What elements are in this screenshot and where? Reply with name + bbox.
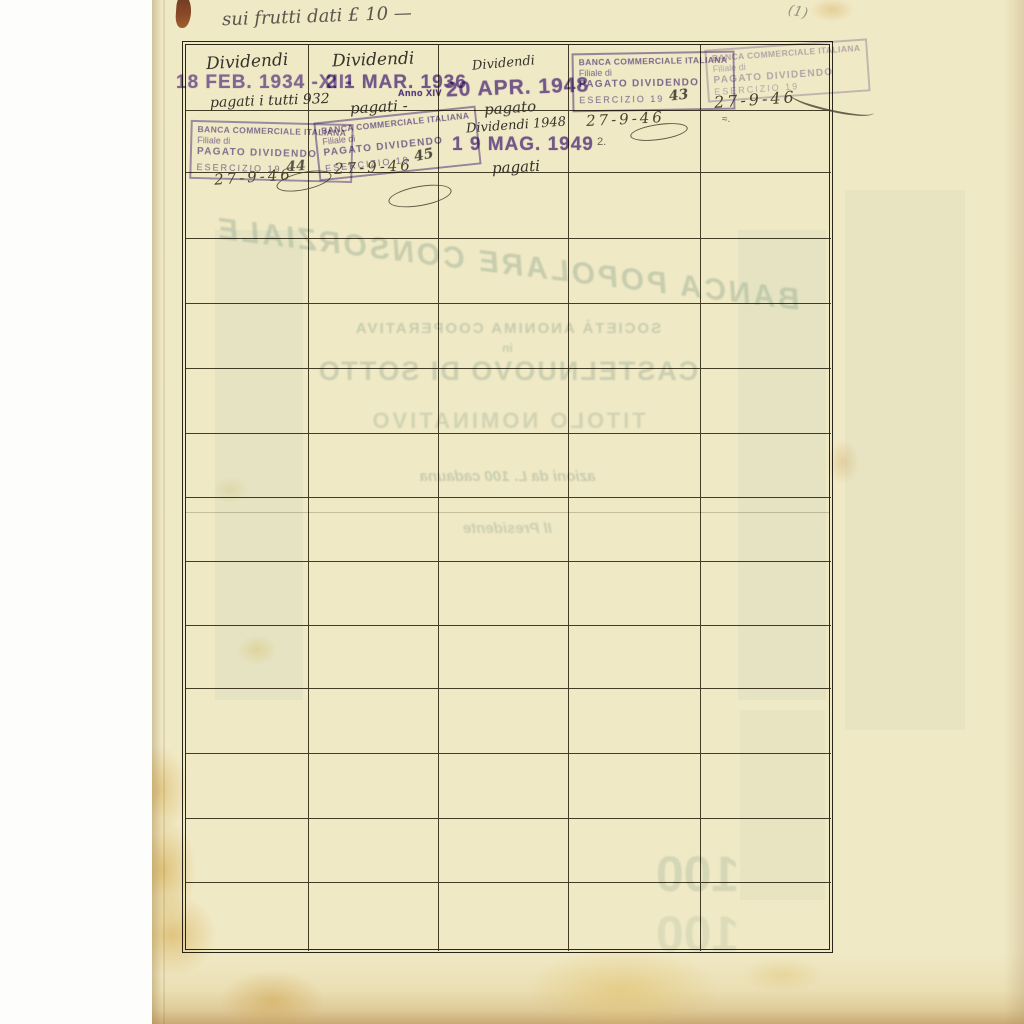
grid-cell <box>309 369 439 434</box>
grid-cell <box>309 689 439 754</box>
grid-cell <box>701 369 831 434</box>
grid-cell <box>186 754 309 819</box>
grid-cell <box>569 173 701 239</box>
grid-cell <box>186 369 309 434</box>
paper-right-edge-shadow <box>1004 0 1024 1024</box>
grid-cell <box>701 562 831 626</box>
grid-cell <box>569 562 701 626</box>
grid-cell <box>309 562 439 626</box>
grid-cell <box>701 173 831 239</box>
grid-cell <box>701 304 831 369</box>
col1-dividendi-label: Dividendi <box>206 50 289 74</box>
grid-cell <box>701 498 831 562</box>
grid-cell <box>701 239 831 304</box>
grid-cell <box>439 562 569 626</box>
grid-cell <box>569 689 701 754</box>
grid-cell <box>309 239 439 304</box>
grid-cell <box>701 819 831 883</box>
grid-cell <box>569 626 701 689</box>
horizontal-crease <box>185 512 830 513</box>
grid-cell <box>569 819 701 883</box>
grid-cell <box>186 626 309 689</box>
grid-cell <box>569 369 701 434</box>
grid-cell <box>569 304 701 369</box>
col3-date-stamp-1949: 1 9 MAG. 1949 <box>452 134 594 156</box>
grid-cell <box>186 562 309 626</box>
grid-cell <box>701 689 831 754</box>
grid-cell <box>701 754 831 819</box>
bank-stamp-year-line: ESERCIZIO 19 43 <box>579 89 728 109</box>
grid-cell <box>439 304 569 369</box>
col4-row2-mark: 2. <box>597 136 606 148</box>
col3-pagato-note: pagato <box>483 97 536 119</box>
handwritten-year: 45 <box>412 146 435 167</box>
grid-cell <box>701 111 831 173</box>
grid-cell <box>439 689 569 754</box>
grid-cell <box>309 434 439 498</box>
grid-cell <box>701 626 831 689</box>
grid-cell <box>309 498 439 562</box>
grid-cell <box>569 754 701 819</box>
grid-cell <box>309 754 439 819</box>
col3-pagati-note-2: pagati <box>492 157 541 177</box>
grid-cell <box>309 304 439 369</box>
grid-cell <box>309 883 439 951</box>
grid-cell <box>439 883 569 951</box>
grid-cell <box>569 498 701 562</box>
grid-cell <box>439 239 569 304</box>
handwritten-year: 43 <box>668 87 689 107</box>
grid-cell <box>701 883 831 951</box>
grid-cell <box>186 498 309 562</box>
grid-cell <box>186 819 309 883</box>
grid-cell <box>439 369 569 434</box>
grid-cell <box>186 689 309 754</box>
grid-cell <box>309 819 439 883</box>
paper-crease <box>163 0 165 1024</box>
grid-cell <box>186 883 309 951</box>
grid-cell <box>186 239 309 304</box>
grid-cell <box>439 498 569 562</box>
grid-cell <box>439 819 569 883</box>
grid-cell <box>569 434 701 498</box>
grid-cell <box>439 754 569 819</box>
grid-cell <box>701 434 831 498</box>
grid-cell <box>439 626 569 689</box>
grid-cell <box>439 173 569 239</box>
guilloche-band-margin <box>845 190 965 730</box>
grid-cell <box>186 434 309 498</box>
grid-cell <box>569 883 701 951</box>
grid-cell <box>439 434 569 498</box>
paper-left-edge-shadow <box>152 0 162 1024</box>
grid-cell <box>186 304 309 369</box>
grid-cell <box>569 239 701 304</box>
grid-cell <box>309 626 439 689</box>
col5-row2-mark: ≈. <box>722 114 730 125</box>
col2-dividendi-label: Dividendi <box>332 49 415 72</box>
